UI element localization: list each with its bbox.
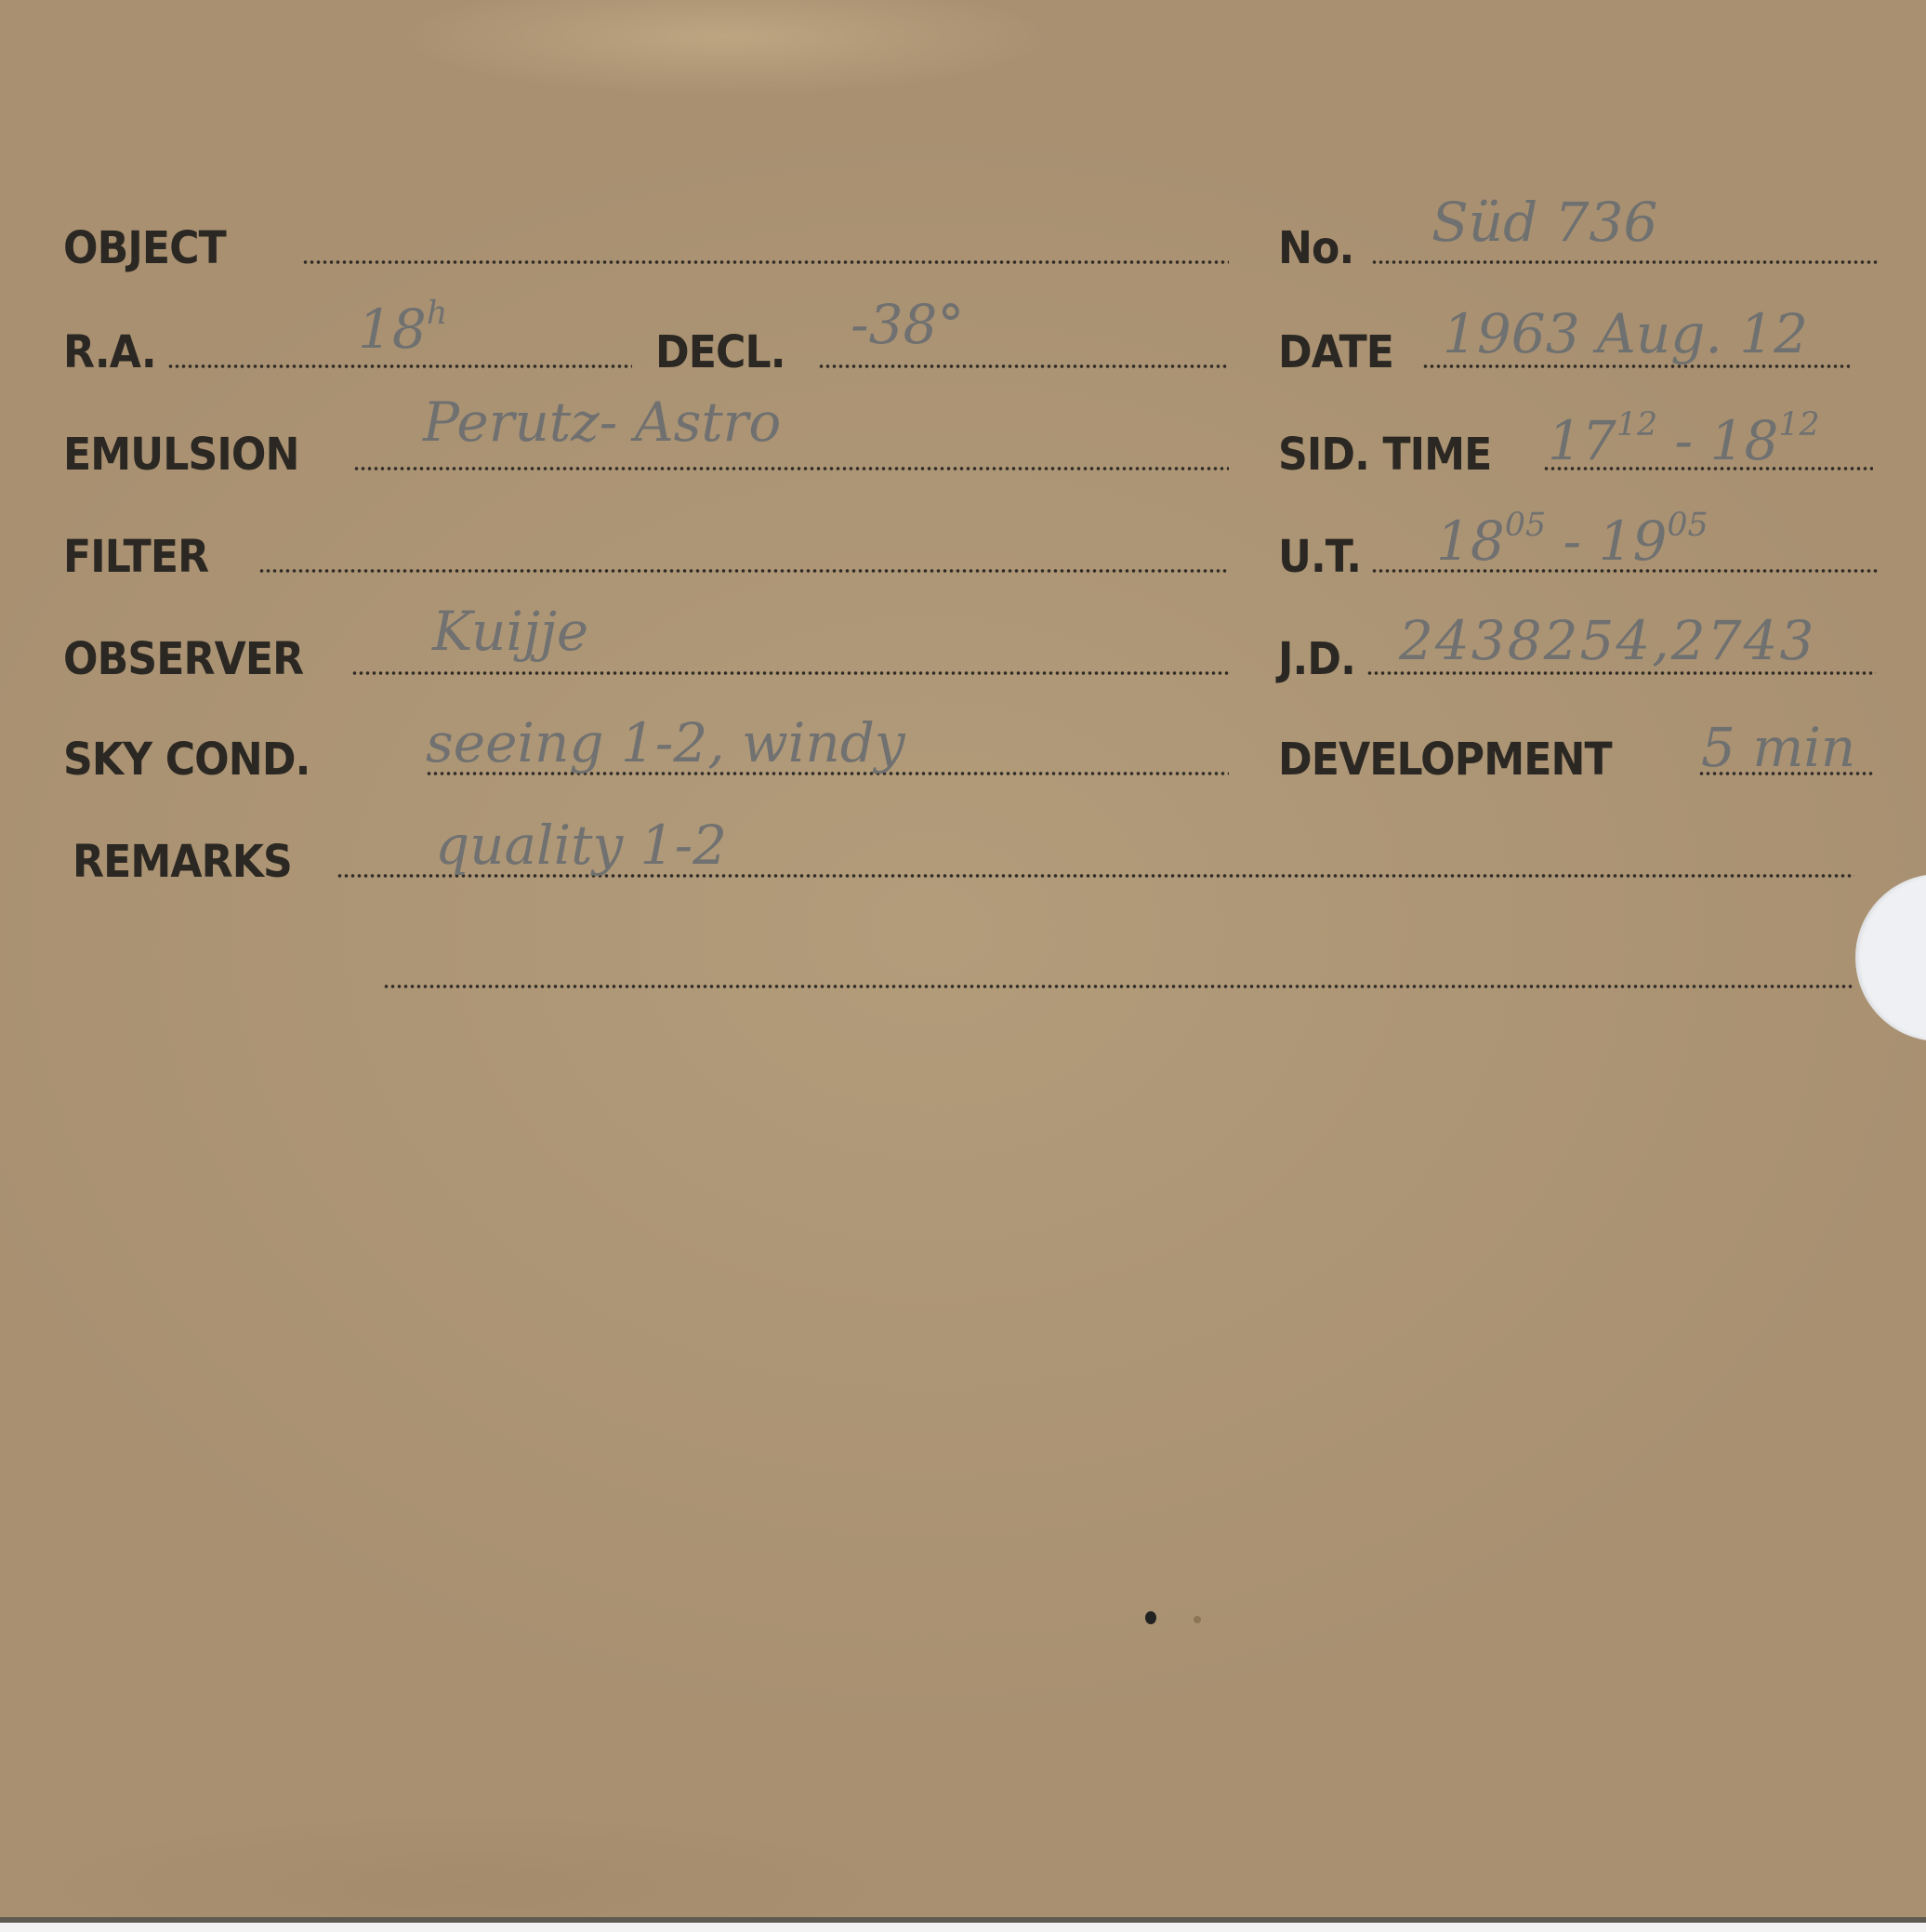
remarks-label: REMARKS	[73, 840, 292, 884]
decl-label: DECL.	[655, 330, 785, 375]
ut-start-minutes: 05	[1505, 507, 1546, 544]
sid-time-start-hour: 17	[1548, 409, 1616, 472]
ut-end-minutes: 05	[1667, 507, 1708, 544]
plate-envelope: OBJECT R.A. 18h DECL. -38° EMULSION Peru…	[0, 0, 1926, 1923]
emulsion-value[interactable]: Perutz- Astro	[423, 395, 781, 449]
no-value[interactable]: Süd 736	[1431, 195, 1657, 249]
ink-spot	[1145, 1611, 1156, 1624]
ut-separator: -	[1546, 509, 1598, 573]
ra-field-line	[167, 364, 632, 368]
ra-unit: h	[427, 295, 447, 332]
development-label: DEVELOPMENT	[1278, 737, 1612, 782]
ut-start-hour: 18	[1436, 509, 1505, 573]
sid-time-start-minutes: 12	[1616, 406, 1657, 443]
jd-value[interactable]: 2438254,2743	[1399, 614, 1815, 668]
sid-time-end-hour: 18	[1710, 409, 1779, 472]
jd-label: J.D.	[1278, 637, 1355, 681]
sky-cond-value[interactable]: seeing 1-2, windy	[426, 716, 905, 770]
object-field-line	[302, 260, 1229, 264]
ut-label: U.T.	[1278, 535, 1361, 579]
ra-hours: 18	[358, 298, 427, 361]
ut-value[interactable]: 1805 - 1905	[1436, 509, 1708, 568]
filter-field-line	[258, 569, 1229, 573]
decl-field-line	[818, 364, 1229, 368]
no-field-line	[1371, 260, 1878, 264]
remarks-second-line	[383, 985, 1854, 988]
remarks-value[interactable]: quality 1-2	[435, 818, 727, 872]
emulsion-field-line	[353, 467, 1229, 470]
sid-time-separator: -	[1657, 409, 1709, 472]
date-value[interactable]: 1963 Aug. 12	[1443, 307, 1808, 361]
date-label: DATE	[1278, 330, 1393, 375]
sky-cond-label: SKY COND.	[63, 737, 310, 782]
no-label: No.	[1278, 226, 1353, 271]
sid-time-end-minutes: 12	[1778, 406, 1819, 443]
decl-value[interactable]: -38°	[851, 298, 964, 351]
observer-value[interactable]: Kuijje	[432, 604, 588, 658]
development-value[interactable]: 5 min	[1701, 721, 1855, 774]
sid-time-label: SID. TIME	[1278, 432, 1491, 477]
ut-end-hour: 19	[1599, 509, 1668, 573]
filter-label: FILTER	[63, 535, 208, 579]
observer-label: OBSERVER	[63, 637, 303, 681]
emulsion-label: EMULSION	[63, 432, 298, 477]
ra-label: R.A.	[63, 330, 156, 375]
observer-field-line	[351, 671, 1229, 675]
sid-time-value[interactable]: 1712 - 1812	[1548, 409, 1820, 468]
object-label: OBJECT	[63, 226, 226, 271]
stain-mark	[1194, 1616, 1201, 1623]
ra-value[interactable]: 18h	[358, 298, 447, 356]
